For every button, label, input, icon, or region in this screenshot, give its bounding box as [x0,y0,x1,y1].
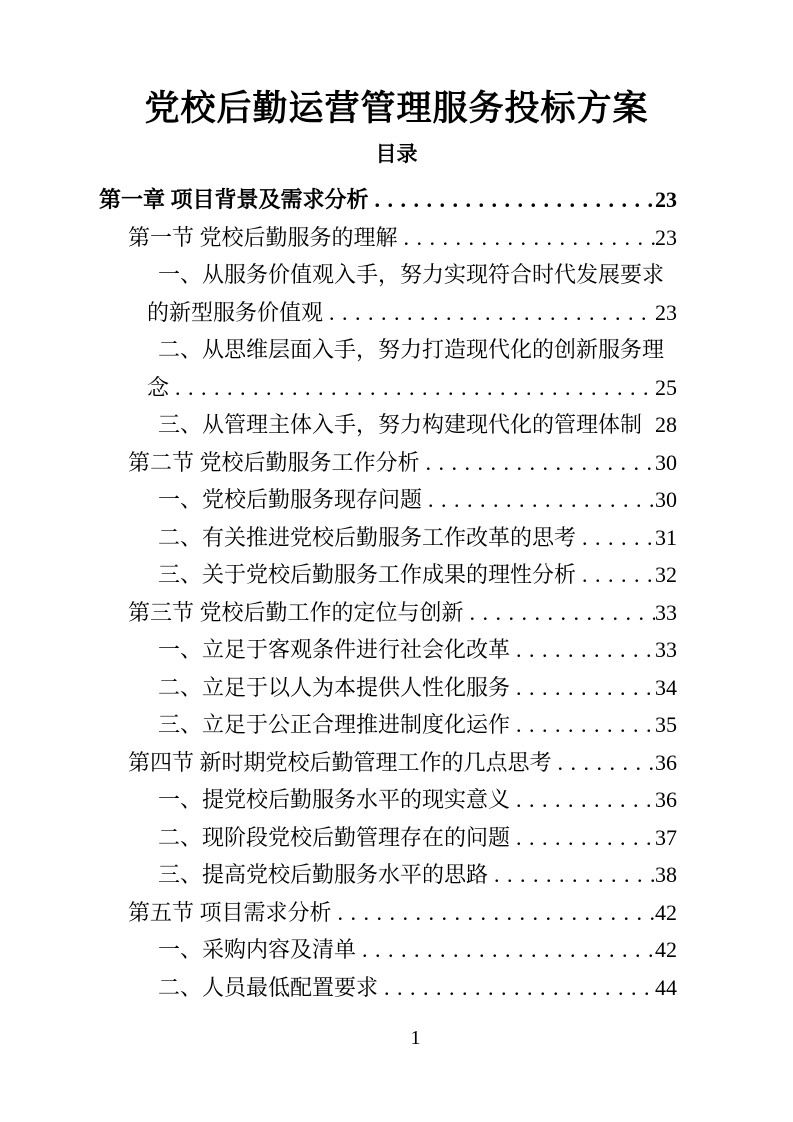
toc-page-number: 42 [655,931,677,969]
toc-page-number: 30 [655,481,677,519]
toc-entry[interactable]: 第一章 项目背景及需求分析 . . . . . . . . . . . . . … [99,181,677,219]
toc-page-number: 37 [655,819,677,857]
toc-entry[interactable]: 二、现阶段党校后勤管理存在的问题 . . . . . . . . . . . .… [99,819,677,857]
toc-entry[interactable]: 一、立足于客观条件进行社会化改革 . . . . . . . . . . . .… [99,631,677,669]
toc-page-number: 23 [655,181,677,219]
toc-entry-text: 第四节 新时期党校后勤管理工作的几点思考 [128,744,552,782]
toc-page-number: 33 [655,631,677,669]
toc-entry[interactable]: 念 . . . . . . . . . . . . . . . . . . . … [99,369,677,407]
toc-page-number: 42 [655,894,677,932]
toc-entry[interactable]: 三、立足于公正合理推进制度化运作 . . . . . . . . . . . .… [99,706,677,744]
leader-dots: . . . . . . . . . . . . . . . . . . . . … [378,969,655,1007]
leader-dots: . . . . . . . . . . . . . . . . . . . . … [332,894,655,932]
toc-entry-text: 第五节 项目需求分析 [128,894,332,932]
toc-entry-text: 一、采购内容及清单 [158,931,356,969]
leader-dots: . . . . . . . . . . . . . . . . . . . . … [323,294,655,332]
toc-entry-text: 第一节 党校后勤服务的理解 [128,219,398,257]
toc-entry[interactable]: 一、采购内容及清单 . . . . . . . . . . . . . . . … [99,931,677,969]
toc-entry-text: 二、从思维层面入手，努力打造现代化的创新服务理 [158,331,664,369]
leader-dots: . . . . . . . . . . . . . . . . . . . . … [552,744,655,782]
toc-entry-text: 一、党校后勤服务现存问题 [158,481,422,519]
leader-dots: . . . . . . . . . . . . . . . . . . . . … [510,781,655,819]
leader-dots: . . . . . . . . . . . . . . . . . . . . … [356,931,655,969]
toc-entry[interactable]: 第三节 党校后勤工作的定位与创新 . . . . . . . . . . . .… [99,594,677,632]
document-page: 党校后勤运营管理服务投标方案 目录 第一章 项目背景及需求分析 . . . . … [0,0,793,1122]
leader-dots: . . . . . . . . . . . . . . . . . . . . … [369,181,655,219]
toc-page-number: 32 [655,556,677,594]
toc-entry-text: 二、立足于以人为本提供人性化服务 [158,669,510,707]
page-title: 党校后勤运营管理服务投标方案 [0,0,793,130]
toc-entry[interactable]: 二、有关推进党校后勤服务工作改革的思考 . . . . . . . . . . … [99,519,677,557]
footer-page-number: 1 [19,1026,793,1050]
toc-entry[interactable]: 第一节 党校后勤服务的理解 . . . . . . . . . . . . . … [99,219,677,257]
leader-dots: . . . . . . . . . . . . . . . . . . . . … [510,669,655,707]
leader-dots: . . . . . . . . . . . . . . . . . . . . … [169,369,655,407]
toc-heading: 目录 [0,143,793,166]
toc-entry-text: 第三节 党校后勤工作的定位与创新 [128,594,464,632]
toc-entry[interactable]: 一、从服务价值观入手，努力实现符合时代发展要求 [99,256,677,294]
toc-entry-text: 一、立足于客观条件进行社会化改革 [158,631,510,669]
toc-entry-text: 二、现阶段党校后勤管理存在的问题 [158,819,510,857]
toc-page-number: 33 [655,594,677,632]
toc-page-number: 38 [655,856,677,894]
toc-entry-text: 三、关于党校后勤服务工作成果的理性分析 [158,556,576,594]
toc-entry[interactable]: 二、人员最低配置要求 . . . . . . . . . . . . . . .… [99,969,677,1007]
table-of-contents: 第一章 项目背景及需求分析 . . . . . . . . . . . . . … [99,181,677,1006]
toc-entry-text: 念 [147,369,169,407]
toc-entry[interactable]: 第四节 新时期党校后勤管理工作的几点思考 . . . . . . . . . .… [99,744,677,782]
toc-entry[interactable]: 三、提高党校后勤服务水平的思路 . . . . . . . . . . . . … [99,856,677,894]
leader-dots: . . . . . . . . . . . . . . . . . . . . … [420,444,655,482]
toc-entry-text: 的新型服务价值观 [147,294,323,332]
toc-page-number: 36 [655,781,677,819]
toc-entry[interactable]: 一、提党校后勤服务水平的现实意义 . . . . . . . . . . . .… [99,781,677,819]
toc-entry[interactable]: 二、立足于以人为本提供人性化服务 . . . . . . . . . . . .… [99,669,677,707]
toc-page-number: 28 [655,406,677,444]
toc-page-number: 23 [655,294,677,332]
toc-page-number: 30 [655,444,677,482]
toc-entry-text: 二、人员最低配置要求 [158,969,378,1007]
toc-entry-text: 三、从管理主体入手，努力构建现代化的管理体制 [158,406,642,444]
leader-dots: . . . . . . . . . . . . . . . . . . . . … [510,819,655,857]
toc-page-number: 36 [655,744,677,782]
toc-entry-text: 一、从服务价值观入手，努力实现符合时代发展要求 [158,256,664,294]
toc-entry-text: 第二节 党校后勤服务工作分析 [128,444,420,482]
leader-dots: . . . . . . . . . . . . . . . . . . . . … [422,481,655,519]
toc-entry[interactable]: 的新型服务价值观 . . . . . . . . . . . . . . . .… [99,294,677,332]
leader-dots: . . . . . . . . . . . . . . . . . . . . … [576,556,655,594]
toc-page-number: 44 [655,969,677,1007]
toc-entry-text: 三、立足于公正合理推进制度化运作 [158,706,510,744]
leader-dots: . . . . . . . . . . . . . . . . . . . . … [464,594,655,632]
toc-page-number: 35 [655,706,677,744]
leader-dots: . . . . . . . . . . . . . . . . . . . . … [398,219,655,257]
toc-page-number: 23 [655,219,677,257]
toc-page-number: 34 [655,669,677,707]
leader-dots: . . . . . . . . . . . . . . . . . . . . … [510,631,655,669]
toc-entry[interactable]: 三、从管理主体入手，努力构建现代化的管理体制 28 [99,406,677,444]
leader-dots: . . . . . . . . . . . . . . . . . . . . … [488,856,655,894]
toc-entry[interactable]: 二、从思维层面入手，努力打造现代化的创新服务理 [99,331,677,369]
toc-entry[interactable]: 三、关于党校后勤服务工作成果的理性分析 . . . . . . . . . . … [99,556,677,594]
leader-dots: . . . . . . . . . . . . . . . . . . . . … [576,519,655,557]
toc-entry[interactable]: 第二节 党校后勤服务工作分析 . . . . . . . . . . . . .… [99,444,677,482]
toc-entry-text: 第一章 项目背景及需求分析 [99,181,369,219]
leader-dots: . . . . . . . . . . . . . . . . . . . . … [510,706,655,744]
toc-entry-text: 二、有关推进党校后勤服务工作改革的思考 [158,519,576,557]
toc-page-number: 25 [655,369,677,407]
toc-entry-text: 一、提党校后勤服务水平的现实意义 [158,781,510,819]
toc-page-number: 31 [655,519,677,557]
toc-entry[interactable]: 第五节 项目需求分析 . . . . . . . . . . . . . . .… [99,894,677,932]
toc-entry[interactable]: 一、党校后勤服务现存问题 . . . . . . . . . . . . . .… [99,481,677,519]
toc-entry-text: 三、提高党校后勤服务水平的思路 [158,856,488,894]
